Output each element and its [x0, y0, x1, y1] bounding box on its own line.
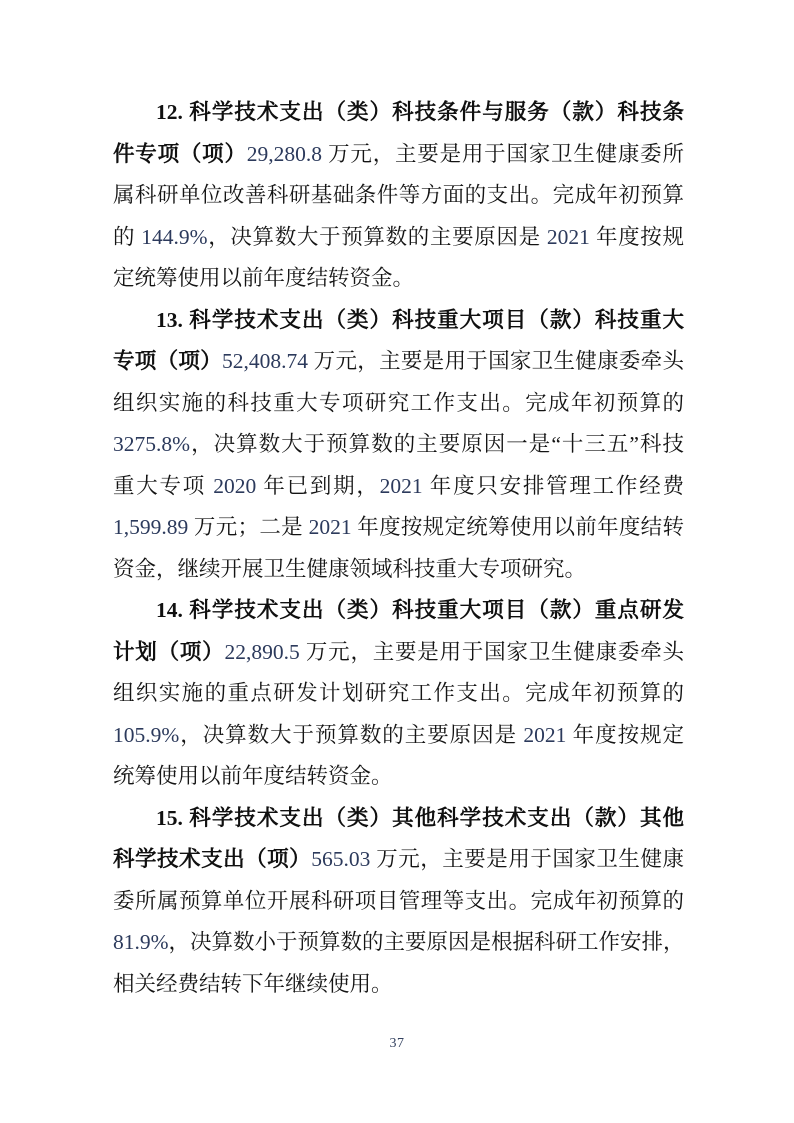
heading-bold-text: 科学技术支出（项） [113, 847, 311, 871]
item-12-science-tech-conditions: 12. 科学技术支出（类）科技条件与服务（款）科技条件专项（项）29,280.8… [113, 92, 684, 300]
numeric-text: 3275.8% [113, 432, 190, 456]
heading-bold-text: 13. 科学技术支出（类）科技重大项目（款）科技重大 [156, 308, 684, 332]
numeric-text: 144.9% [141, 225, 207, 249]
body-text: ，决算数小于预算数的主要原因是根据科研工作安排， [169, 930, 685, 954]
text-line: 组织实施的重点研发计划研究工作支出。完成年初预算的 [113, 673, 684, 715]
body-text: 万元，主要是用于国家卫生健康委牵头 [300, 640, 684, 664]
numeric-text: 52,408.74 [222, 349, 308, 373]
body-text: 委所属预算单位开展科研项目管理等支出。完成年初预算的 [113, 889, 684, 913]
body-text: 年度按规定 [566, 723, 684, 747]
item-15-other-science-tech-expenditure: 15. 科学技术支出（类）其他科学技术支出（款）其他科学技术支出（项）565.0… [113, 798, 684, 1006]
heading-bold-text: 14. 科学技术支出（类）科技重大项目（款）重点研发 [156, 598, 684, 622]
body-text: 年度按规 [590, 225, 684, 249]
body-text: 年已到期， [256, 474, 379, 498]
body-text: 万元，主要是用于国家卫生健康委所 [322, 142, 684, 166]
text-line: 计划（项）22,890.5 万元，主要是用于国家卫生健康委牵头 [113, 632, 684, 674]
text-line: 81.9%，决算数小于预算数的主要原因是根据科研工作安排， [113, 922, 684, 964]
numeric-text: 105.9% [113, 723, 179, 747]
body-text: 资金，继续开展卫生健康领域科技重大专项研究。 [113, 557, 586, 581]
body-text: ，决算数大于预算数的主要原因是 [208, 225, 547, 249]
heading-bold-text: 15. 科学技术支出（类）其他科学技术支出（款）其他 [156, 806, 684, 830]
item-14-key-research-development-plan: 14. 科学技术支出（类）科技重大项目（款）重点研发计划（项）22,890.5 … [113, 590, 684, 798]
text-line: 重大专项 2020 年已到期，2021 年度只安排管理工作经费 [113, 466, 684, 508]
numeric-text: 2021 [523, 723, 566, 747]
body-text: ，决算数大于预算数的主要原因是 [179, 723, 523, 747]
text-line: 12. 科学技术支出（类）科技条件与服务（款）科技条 [113, 92, 684, 134]
body-text: 的 [113, 225, 141, 249]
body-text: 年度只安排管理工作经费 [423, 474, 684, 498]
body-text: 属科研单位改善科研基础条件等方面的支出。完成年初预算 [113, 183, 684, 207]
numeric-text: 2021 [380, 474, 423, 498]
text-line: 的 144.9%，决算数大于预算数的主要原因是 2021 年度按规 [113, 217, 684, 259]
text-line: 组织实施的科技重大专项研究工作支出。完成年初预算的 [113, 383, 684, 425]
body-text: 万元，主要是用于国家卫生健康委牵头 [308, 349, 684, 373]
text-line: 定统筹使用以前年度结转资金。 [113, 258, 684, 300]
body-text: 年度按规定统筹使用以前年度结转 [352, 515, 684, 539]
heading-bold-text: 件专项（项） [113, 142, 247, 166]
document-page: 12. 科学技术支出（类）科技条件与服务（款）科技条件专项（项）29,280.8… [0, 0, 794, 1123]
numeric-text: 81.9% [113, 930, 169, 954]
numeric-text: 22,890.5 [224, 640, 299, 664]
numeric-text: 29,280.8 [247, 142, 322, 166]
text-line: 委所属预算单位开展科研项目管理等支出。完成年初预算的 [113, 881, 684, 923]
body-text: 组织实施的科技重大专项研究工作支出。完成年初预算的 [113, 391, 684, 415]
heading-bold-text: 12. 科学技术支出（类）科技条件与服务（款）科技条 [156, 100, 684, 124]
text-line: 资金，继续开展卫生健康领域科技重大专项研究。 [113, 549, 684, 591]
numeric-text: 2021 [309, 515, 352, 539]
text-line: 1,599.89 万元；二是 2021 年度按规定统筹使用以前年度结转 [113, 507, 684, 549]
text-line: 件专项（项）29,280.8 万元，主要是用于国家卫生健康委所 [113, 134, 684, 176]
text-line: 3275.8%，决算数大于预算数的主要原因一是“十三五”科技 [113, 424, 684, 466]
text-line: 105.9%，决算数大于预算数的主要原因是 2021 年度按规定 [113, 715, 684, 757]
body-text: 重大专项 [113, 474, 213, 498]
body-text: 定统筹使用以前年度结转资金。 [113, 266, 414, 290]
body-text: 统筹使用以前年度结转资金。 [113, 764, 393, 788]
body-text: 万元，主要是用于国家卫生健康 [370, 847, 684, 871]
text-line: 属科研单位改善科研基础条件等方面的支出。完成年初预算 [113, 175, 684, 217]
numeric-text: 2020 [213, 474, 256, 498]
text-line: 15. 科学技术支出（类）其他科学技术支出（款）其他 [113, 798, 684, 840]
numeric-text: 1,599.89 [113, 515, 188, 539]
text-line: 统筹使用以前年度结转资金。 [113, 756, 684, 798]
text-line: 13. 科学技术支出（类）科技重大项目（款）科技重大 [113, 300, 684, 342]
body-text: 万元；二是 [188, 515, 308, 539]
text-line: 相关经费结转下年继续使用。 [113, 964, 684, 1006]
item-13-major-science-tech-project: 13. 科学技术支出（类）科技重大项目（款）科技重大专项（项）52,408.74… [113, 300, 684, 591]
page-number: 37 [0, 1036, 794, 1052]
heading-bold-text: 计划（项） [113, 640, 224, 664]
body-text: ，决算数大于预算数的主要原因一是“十三五”科技 [190, 432, 684, 456]
body-text: 组织实施的重点研发计划研究工作支出。完成年初预算的 [113, 681, 684, 705]
text-line: 科学技术支出（项）565.03 万元，主要是用于国家卫生健康 [113, 839, 684, 881]
text-line: 专项（项）52,408.74 万元，主要是用于国家卫生健康委牵头 [113, 341, 684, 383]
body-text: 相关经费结转下年继续使用。 [113, 972, 393, 996]
numeric-text: 2021 [547, 225, 590, 249]
heading-bold-text: 专项（项） [113, 349, 222, 373]
text-line: 14. 科学技术支出（类）科技重大项目（款）重点研发 [113, 590, 684, 632]
paragraphs: 12. 科学技术支出（类）科技条件与服务（款）科技条件专项（项）29,280.8… [113, 92, 684, 1005]
numeric-text: 565.03 [311, 847, 370, 871]
